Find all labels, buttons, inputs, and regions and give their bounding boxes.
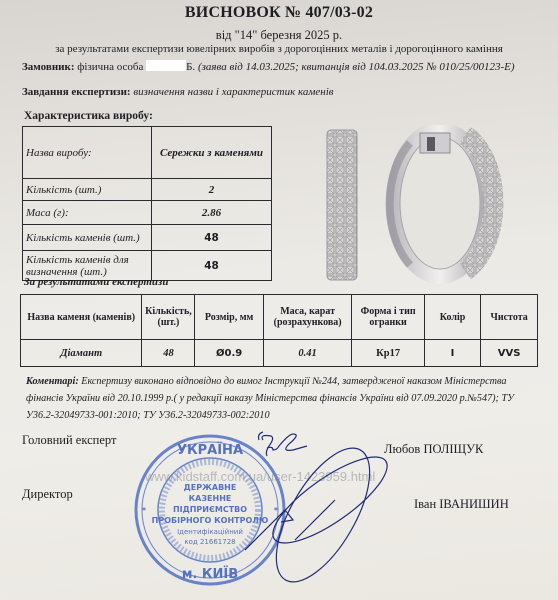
earrings-image <box>315 125 515 285</box>
column-header: Чистота <box>481 295 538 340</box>
product-label: Кількість каменів (шт.) <box>23 225 152 251</box>
stamp-line6: код 21661728 <box>184 538 235 546</box>
redacted-name <box>146 60 186 71</box>
product-label: Назва виробу: <box>23 127 152 179</box>
product-heading: Характеристика виробу: <box>24 110 153 122</box>
column-header: Назва каменя (каменів) <box>21 295 142 340</box>
column-header: Форма і тип огранки <box>352 295 424 340</box>
stamp-bottom: м. КИЇВ <box>182 566 238 582</box>
stone-name: Діамант <box>21 340 142 367</box>
svg-text:*: * <box>142 506 147 515</box>
document-date: від "14" березня 2025 р. <box>0 28 558 43</box>
task-label: Завдання експертизи: <box>22 86 131 98</box>
product-label: Маса (г): <box>23 201 152 225</box>
comment-text: Експертизу виконано відповідно до вимог … <box>26 376 514 421</box>
stone-count: 48 <box>142 340 195 367</box>
stone-cut: Кр17 <box>352 340 424 367</box>
task-value: визначення назви і характеристик каменів <box>133 86 333 98</box>
chief-expert-name: Любов ПОЛІЩУК <box>384 442 483 457</box>
product-value: 2.86 <box>152 201 272 225</box>
document-title: ВИСНОВОК № 407/03-02 <box>0 4 558 22</box>
director-name: Іван ІВАНИШИН <box>414 497 509 512</box>
table-row: Діамант 48 Ø0.9 0.41 Кр17 I VVS <box>21 340 538 367</box>
comment-label: Коментарі: <box>26 376 79 387</box>
stone-color: I <box>424 340 480 367</box>
chief-expert-role: Головний експерт <box>22 433 116 448</box>
table-header-row: Назва каменя (каменів) Кількість, (шт.) … <box>21 295 538 340</box>
results-heading: За результатами експертизи <box>24 276 168 288</box>
product-value: 2 <box>152 179 272 201</box>
customer-line: Замовник: фізична особа Б. (заява від 14… <box>22 60 515 73</box>
task-line: Завдання експертизи: визначення назви і … <box>22 86 334 98</box>
stone-size: Ø0.9 <box>195 340 263 367</box>
product-table: Назва виробу: Сережки з каменями Кількіс… <box>22 126 272 281</box>
results-table: Назва каменя (каменів) Кількість, (шт.) … <box>20 294 538 367</box>
document-subtitle: за результатами експертизи ювелірних вир… <box>0 43 558 55</box>
stamp-line1: ДЕРЖАВНЕ <box>184 483 237 492</box>
customer-value: фізична особа <box>77 61 143 73</box>
director-role: Директор <box>22 487 73 502</box>
signature-icon <box>235 430 395 600</box>
stamp-top: УКРАЇНА <box>177 442 243 458</box>
table-row: Кількість каменів (шт.) 48 <box>23 225 272 251</box>
product-value: 48 <box>152 251 272 281</box>
customer-suffix: Б. <box>186 61 195 73</box>
customer-label: Замовник: <box>22 61 75 73</box>
stamp-line2: КАЗЕННЕ <box>189 494 232 503</box>
product-value: Сережки з каменями <box>152 127 272 179</box>
column-header: Кількість, (шт.) <box>142 295 195 340</box>
customer-details: (заява від 14.03.2025; квитанція від 104… <box>198 61 515 73</box>
column-header: Розмір, мм <box>195 295 263 340</box>
comment-block: Коментарі: Експертизу виконано відповідн… <box>26 373 536 424</box>
column-header: Маса, карат (розрахункова) <box>263 295 352 340</box>
column-header: Колір <box>424 295 480 340</box>
product-label: Кількість (шт.) <box>23 179 152 201</box>
stamp-line5: Ідентифікаційний <box>177 528 243 536</box>
stone-mass: 0.41 <box>263 340 352 367</box>
table-row: Назва виробу: Сережки з каменями <box>23 127 272 179</box>
table-row: Кількість (шт.) 2 <box>23 179 272 201</box>
table-row: Маса (г): 2.86 <box>23 201 272 225</box>
product-value: 48 <box>152 225 272 251</box>
stone-clarity: VVS <box>481 340 538 367</box>
